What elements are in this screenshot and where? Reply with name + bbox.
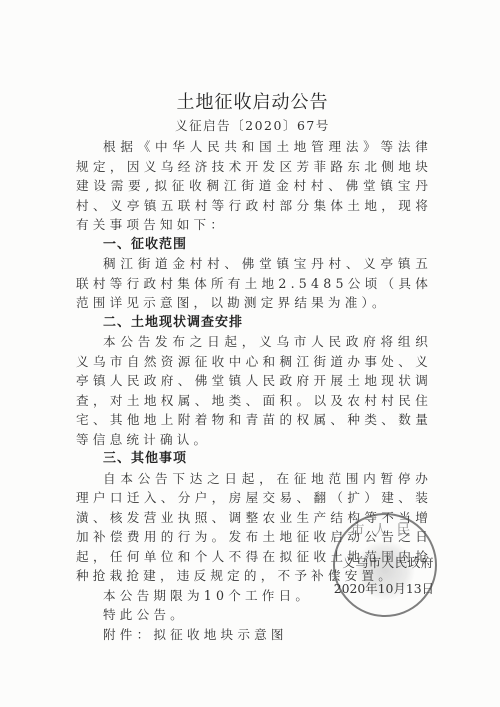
section-heading-survey: 二、土地现状调查安排: [76, 313, 432, 333]
document-page: 土地征收启动公告 义征启告〔2020〕67号 根据《中华人民共和国土地管理法》等…: [0, 0, 500, 707]
section-text-survey: 本公告发布之日起，义乌市人民政府将组织义乌市自然资源征收中心和稠江街道办事处、义…: [76, 332, 432, 449]
document-title: 土地征收启动公告: [0, 88, 500, 114]
issue-date: 2020年10月13日: [312, 579, 434, 597]
attachment-paragraph: 附件：拟征收地块示意图: [76, 625, 432, 645]
section-heading-other: 三、其他事项: [76, 449, 432, 469]
document-number: 义征启告〔2020〕67号: [0, 116, 500, 134]
intro-paragraph: 根据《中华人民共和国土地管理法》等法律规定，因义乌经济技术开发区芳菲路东北侧地块…: [76, 137, 432, 235]
seal-text: 市人民: [345, 520, 425, 540]
section-heading-scope: 一、征收范围: [76, 235, 432, 255]
section-text-scope: 稠江街道金村村、佛堂镇宝丹村、义亭镇五联村等行政村集体所有土地2.5485公顷（…: [76, 254, 432, 313]
signatory: 义乌市人民政府: [332, 552, 434, 571]
